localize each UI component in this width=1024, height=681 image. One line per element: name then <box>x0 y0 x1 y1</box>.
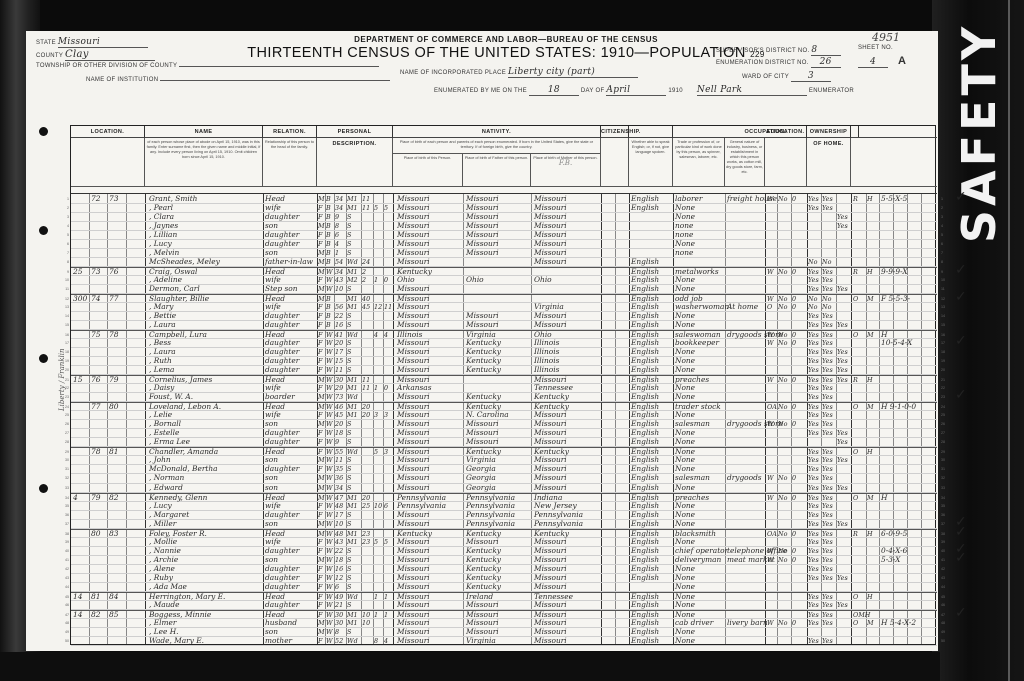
cell-industry <box>727 437 765 447</box>
cell-sex: M <box>318 483 326 493</box>
cell-line: 33 <box>59 486 69 490</box>
cell-line: 13 <box>59 305 69 309</box>
cell-emp <box>767 636 777 646</box>
cell-wks <box>792 600 805 610</box>
cell-trade: None <box>675 582 725 592</box>
right-line-number: 40 <box>941 549 951 553</box>
right-line-number: 27 <box>941 431 951 435</box>
checkmark-icon: ✓ <box>955 189 967 205</box>
cell-trade: None <box>675 636 725 646</box>
cell-born <box>374 320 383 330</box>
cell-wks <box>792 320 805 330</box>
cell-oow <box>778 519 791 529</box>
cell-line: 48 <box>59 621 69 625</box>
cell-pob-m: Illinois <box>534 365 600 375</box>
cell-line: 11 <box>59 287 69 291</box>
cell-write <box>822 582 835 592</box>
cell-write: Yes <box>822 392 835 402</box>
cell-farm <box>867 284 879 294</box>
right-line-number: 7 <box>941 251 951 255</box>
cell-line: 28 <box>59 440 69 444</box>
cell-farm <box>867 636 879 646</box>
group-personal-description: PERSONAL DESCRIPTION. <box>317 126 393 138</box>
cell-name: , Edward <box>149 483 261 493</box>
right-line-number: 11 <box>941 287 951 291</box>
cell-family <box>109 437 123 447</box>
cell-line: 9 <box>59 270 69 274</box>
cell-age: 52 <box>335 636 346 646</box>
cell-extra <box>881 437 937 447</box>
cell-dwelling <box>91 365 105 375</box>
cell-lang <box>631 582 673 592</box>
cell-trade: None <box>675 392 725 402</box>
cell-lang: English <box>631 636 673 646</box>
cell-yrs <box>362 582 373 592</box>
right-line-number: 12 <box>941 297 951 301</box>
cell-wks <box>792 483 805 493</box>
cell-pob-m: Missouri <box>534 320 600 330</box>
checkmark-icon: ✓ <box>955 262 967 278</box>
cell-oow <box>778 320 791 330</box>
cell-born <box>374 284 383 294</box>
cell-street <box>73 257 87 267</box>
cell-line: 21 <box>59 378 69 382</box>
cell-write: Yes <box>822 600 835 610</box>
cell-marital: Wd <box>347 392 361 402</box>
cell-relation: daughter <box>265 600 317 610</box>
state-value: Missouri <box>58 37 148 48</box>
film-edge-line <box>1008 0 1010 681</box>
cell-pob: Missouri <box>397 600 463 610</box>
cell-extra <box>881 320 937 330</box>
birth-father-header: Place of birth of Father of this person. <box>463 154 531 186</box>
cell-relation: Step son <box>265 284 317 294</box>
cell-line: 50 <box>59 639 69 643</box>
right-line-number: 5 <box>941 233 951 237</box>
cell-oow <box>778 483 791 493</box>
cell-marital: S <box>347 582 361 592</box>
cell-street <box>73 365 87 375</box>
cell-sex: M <box>318 392 326 402</box>
cell-age: 10 <box>335 284 346 294</box>
cell-living <box>384 600 393 610</box>
state-field: STATE Missouri <box>36 37 148 48</box>
cell-own <box>853 257 866 267</box>
cell-pob-m: Missouri <box>534 257 600 267</box>
cell-school <box>837 582 850 592</box>
cell-yrs <box>362 392 373 402</box>
cell-sex: F <box>318 437 326 447</box>
cell-extra <box>881 600 937 610</box>
cell-line: 31 <box>59 467 69 471</box>
cell-relation: boarder <box>265 392 317 402</box>
cell-line: 7 <box>59 251 69 255</box>
right-line-number: 43 <box>941 576 951 580</box>
cell-write: Yes <box>822 320 835 330</box>
cell-line: 29 <box>59 450 69 454</box>
sheet-number-value: 4 <box>858 57 888 68</box>
cell-dwelling <box>91 257 105 267</box>
cell-line: 37 <box>59 522 69 526</box>
cell-line: 30 <box>59 458 69 462</box>
cell-farm <box>867 320 879 330</box>
safety-film-marking: SAFETY <box>956 8 1002 258</box>
cell-relation: daughter <box>265 437 317 447</box>
cell-marital: Wd <box>347 257 361 267</box>
cell-dwelling <box>91 320 105 330</box>
cell-read: Yes <box>808 284 821 294</box>
cell-emp <box>767 284 777 294</box>
cell-name: Foust, W. A. <box>149 392 261 402</box>
table-row: 33, EdwardsonMW34SMissouriGeorgiaMissour… <box>71 484 937 493</box>
cell-industry <box>727 392 765 402</box>
cell-pob: Missouri <box>397 320 463 330</box>
cell-industry <box>727 284 765 294</box>
checkmark-icon: ✓ <box>955 289 967 305</box>
cell-farm <box>867 365 879 375</box>
cell-lang: English <box>631 320 673 330</box>
cell-line: 15 <box>59 323 69 327</box>
cell-sex: M <box>318 519 326 529</box>
cell-oow <box>778 437 791 447</box>
punch-hole <box>39 354 48 363</box>
right-line-number: 23 <box>941 395 951 399</box>
cell-oow <box>778 392 791 402</box>
cell-emp <box>767 320 777 330</box>
cell-farm <box>867 257 879 267</box>
cell-name: , Erma Lee <box>149 437 261 447</box>
cell-family <box>109 392 123 402</box>
enumeration-district-field: ENUMERATION DISTRICT NO. 26 <box>716 57 841 68</box>
cell-own <box>853 437 866 447</box>
cell-read: Yes <box>808 519 821 529</box>
cell-name: , Lema <box>149 365 261 375</box>
cell-oow <box>778 582 791 592</box>
cell-line: 46 <box>59 603 69 607</box>
cell-pob: Missouri <box>397 365 463 375</box>
cell-school: Yes <box>837 320 850 330</box>
cell-pob-m: Missouri <box>534 437 600 447</box>
cell-pob-f: Kentucky <box>466 392 530 402</box>
cell-marital: S <box>347 600 361 610</box>
cell-name: , Laura <box>149 320 261 330</box>
cell-street <box>73 519 87 529</box>
right-line-number: 34 <box>941 496 951 500</box>
table-row: 46, MaudedaughterFW21SMissouriMissouriMi… <box>71 601 937 610</box>
cell-wks <box>792 257 805 267</box>
cell-lang: English <box>631 519 673 529</box>
cell-wks <box>792 582 805 592</box>
cell-line: 22 <box>59 386 69 390</box>
checkmark-icon: ✓ <box>955 524 967 540</box>
cell-trade: None <box>675 284 725 294</box>
cell-line: 6 <box>59 242 69 246</box>
cell-read: Yes <box>808 320 821 330</box>
cell-yrs: 24 <box>362 257 373 267</box>
right-line-number: 47 <box>941 613 951 617</box>
cell-read: No <box>808 257 821 267</box>
cell-oow <box>778 365 791 375</box>
cell-wks <box>792 636 805 646</box>
right-line-number: 48 <box>941 621 951 625</box>
cell-marital: S <box>347 320 361 330</box>
right-line-number: 42 <box>941 567 951 571</box>
table-row: 50Wade, Mary E.motherFW52Wd84MissouriVir… <box>71 637 937 646</box>
cell-name: McSheades, Meley <box>149 257 261 267</box>
cell-relation: son <box>265 483 317 493</box>
right-line-number: 19 <box>941 359 951 363</box>
cell-family <box>109 365 123 375</box>
cell-farm <box>867 519 879 529</box>
cell-street <box>73 284 87 294</box>
cell-living <box>384 365 393 375</box>
cell-emp <box>767 392 777 402</box>
cell-trade: None <box>675 483 725 493</box>
cell-street <box>73 600 87 610</box>
cell-oow <box>778 636 791 646</box>
cell-extra <box>881 483 937 493</box>
relation-column-header: Relationship of this person to the head … <box>263 138 317 186</box>
cell-line: 8 <box>59 260 69 264</box>
enumeration-month: April <box>606 85 666 96</box>
cell-living <box>384 483 393 493</box>
cell-industry <box>727 320 765 330</box>
cell-pob-m: Missouri <box>534 582 600 592</box>
cell-family <box>109 257 123 267</box>
film-edge-bottom <box>0 652 940 681</box>
right-line-number: 37 <box>941 522 951 526</box>
cell-line: 44 <box>59 585 69 589</box>
cell-trade: None <box>675 437 725 447</box>
cell-dwelling <box>91 483 105 493</box>
cell-school <box>837 392 850 402</box>
cell-born <box>374 600 383 610</box>
table-row: 15, LauradaughterFB16SMissouriMissouriMi… <box>71 321 937 330</box>
cell-farm <box>867 392 879 402</box>
cell-write <box>822 437 835 447</box>
cell-write: Yes <box>822 483 835 493</box>
cell-marital: S <box>347 519 361 529</box>
cell-wks <box>792 284 805 294</box>
cell-read <box>808 437 821 447</box>
cell-extra <box>881 582 937 592</box>
cell-write: Yes <box>822 284 835 294</box>
cell-living <box>384 582 393 592</box>
cell-pob: Missouri <box>397 437 463 447</box>
right-line-number: 9 <box>941 270 951 274</box>
cell-street <box>73 483 87 493</box>
right-line-number: 28 <box>941 440 951 444</box>
cell-name: Dermon, Carl <box>149 284 261 294</box>
cell-line: 2 <box>59 206 69 210</box>
cell-lang: English <box>631 257 673 267</box>
census-sheet: STATE Missouri COUNTY Clay TOWNSHIP OR O… <box>26 31 938 651</box>
cell-pob-m <box>534 284 600 294</box>
cell-sex: F <box>318 600 326 610</box>
cell-living <box>384 284 393 294</box>
cell-pob-f: Missouri <box>466 437 530 447</box>
right-line-number: 49 <box>941 630 951 634</box>
cell-family <box>109 284 123 294</box>
cell-born <box>374 365 383 375</box>
right-line-number: 31 <box>941 467 951 471</box>
cell-lang: English <box>631 284 673 294</box>
sheet-number-value-field: 4 A <box>858 55 906 68</box>
language-column-header: Whether able to speak English; or, if no… <box>629 138 673 186</box>
cell-own <box>853 600 866 610</box>
cell-line: 14 <box>59 314 69 318</box>
cell-living <box>384 437 393 447</box>
cell-oow <box>778 600 791 610</box>
cell-farm <box>867 582 879 592</box>
cell-name: Wade, Mary E. <box>149 636 261 646</box>
cell-yrs <box>362 600 373 610</box>
cell-pob: Missouri <box>397 636 463 646</box>
right-line-number: 18 <box>941 350 951 354</box>
cell-own <box>853 483 866 493</box>
cell-yrs <box>362 437 373 447</box>
cell-yrs <box>362 320 373 330</box>
cell-extra <box>881 365 937 375</box>
cell-line: 25 <box>59 413 69 417</box>
cell-race: B <box>326 320 334 330</box>
cell-relation: daughter <box>265 320 317 330</box>
cell-pob-f <box>466 257 530 267</box>
cell-yrs <box>362 483 373 493</box>
cell-school <box>837 636 850 646</box>
cell-line: 49 <box>59 630 69 634</box>
cell-name: , Maude <box>149 600 261 610</box>
cell-line: 43 <box>59 576 69 580</box>
table-row: 44, Ada MaedaughterFW6SMissouriKentuckyM… <box>71 583 937 592</box>
cell-race: W <box>326 437 334 447</box>
cell-street <box>73 320 87 330</box>
cell-street <box>73 582 87 592</box>
group-name: NAME <box>145 126 263 138</box>
cell-school: Yes <box>837 365 850 375</box>
cell-dwelling <box>91 392 105 402</box>
cell-industry <box>727 519 765 529</box>
cell-line: 38 <box>59 532 69 536</box>
cell-pob: Missouri <box>397 257 463 267</box>
checkmark-icon: ✓ <box>955 550 967 566</box>
cell-trade: None <box>675 320 725 330</box>
cell-family <box>109 636 123 646</box>
right-line-number: 15 <box>941 323 951 327</box>
cell-industry <box>727 636 765 646</box>
cell-born <box>374 437 383 447</box>
table-row: 37, MillersonMW10SMissouriPennsylvaniaPe… <box>71 520 937 529</box>
cell-pob-m: Kentucky <box>534 392 600 402</box>
right-line-number: 24 <box>941 405 951 409</box>
sheet-side: A <box>898 55 906 67</box>
cell-family <box>109 483 123 493</box>
cell-race: W <box>326 519 334 529</box>
right-line-number: 35 <box>941 504 951 508</box>
cell-race: W <box>326 284 334 294</box>
cell-industry <box>727 582 765 592</box>
cell-line: 12 <box>59 297 69 301</box>
group-citizenship: CITIZENSHIP. <box>601 126 629 138</box>
cell-marital: S <box>347 483 361 493</box>
cell-age: 11 <box>335 365 346 375</box>
cell-oow <box>778 284 791 294</box>
cell-line: 18 <box>59 350 69 354</box>
cell-born: 8 <box>374 636 383 646</box>
cell-line: 27 <box>59 431 69 435</box>
cell-pob-m: Missouri <box>534 636 600 646</box>
cell-lang: English <box>631 483 673 493</box>
cell-sex: F <box>318 582 326 592</box>
table-row: 28, Erma LeedaughterFW9SMissouriMissouri… <box>71 438 937 447</box>
cell-age: 6 <box>335 582 346 592</box>
checkmark-icon: ✓ <box>955 387 967 403</box>
cell-school <box>837 257 850 267</box>
table-row: 20, LemadaughterFW11SMissouriKentuckyIll… <box>71 366 937 375</box>
cell-pob-f: Pennsylvania <box>466 519 530 529</box>
checkmark-icon: ✓ <box>955 605 967 621</box>
cell-line: 32 <box>59 476 69 480</box>
cell-pob-m: Missouri <box>534 600 600 610</box>
cell-pob-f: Missouri <box>466 320 530 330</box>
cell-line: 19 <box>59 359 69 363</box>
cell-sex: F <box>318 365 326 375</box>
cell-pob-m: Missouri <box>534 483 600 493</box>
name-column-header: of each person whose place of abode on A… <box>145 138 263 186</box>
cell-extra <box>881 392 937 402</box>
cell-street <box>73 392 87 402</box>
cell-own <box>853 320 866 330</box>
cell-line: 26 <box>59 422 69 426</box>
cell-marital: S <box>347 365 361 375</box>
cell-own <box>853 519 866 529</box>
cell-relation: mother <box>265 636 317 646</box>
cell-relation: daughter <box>265 582 317 592</box>
cell-pob-f: Kentucky <box>466 365 530 375</box>
cell-age: 34 <box>335 483 346 493</box>
cell-name: , Miller <box>149 519 261 529</box>
cell-race: W <box>326 600 334 610</box>
birth-mother-header: Place of birth of Mother of this person.… <box>531 154 601 186</box>
cell-emp <box>767 600 777 610</box>
industry-column-header: General nature of industry, business, or… <box>725 138 765 186</box>
page-stamp: 4951 <box>872 31 900 44</box>
cell-line: 3 <box>59 215 69 219</box>
right-line-number: 17 <box>941 341 951 345</box>
trade-column-header: Trade or profession of, or particular ki… <box>673 138 725 186</box>
cell-line: 5 <box>59 233 69 237</box>
cell-trade: None <box>675 365 725 375</box>
right-line-number: 44 <box>941 585 951 589</box>
cell-wks <box>792 392 805 402</box>
cell-age: 54 <box>335 257 346 267</box>
cell-line: 36 <box>59 513 69 517</box>
birth-person-header: Place of birth of this Person. <box>393 154 463 186</box>
punch-hole <box>39 127 48 136</box>
cell-farm <box>867 483 879 493</box>
cell-extra <box>881 519 937 529</box>
cell-line: 23 <box>59 395 69 399</box>
cell-own <box>853 365 866 375</box>
table-row: 11Dermon, CarlStep sonMW10SMissouriEngli… <box>71 285 937 294</box>
cell-living <box>384 320 393 330</box>
checkmark-icon: ✓ <box>955 333 967 349</box>
column-numbers-row <box>71 186 937 194</box>
county-value: Clay <box>65 49 155 61</box>
cell-age: 9 <box>335 437 346 447</box>
right-line-number: 8 <box>941 260 951 264</box>
cell-pob-f <box>466 284 530 294</box>
